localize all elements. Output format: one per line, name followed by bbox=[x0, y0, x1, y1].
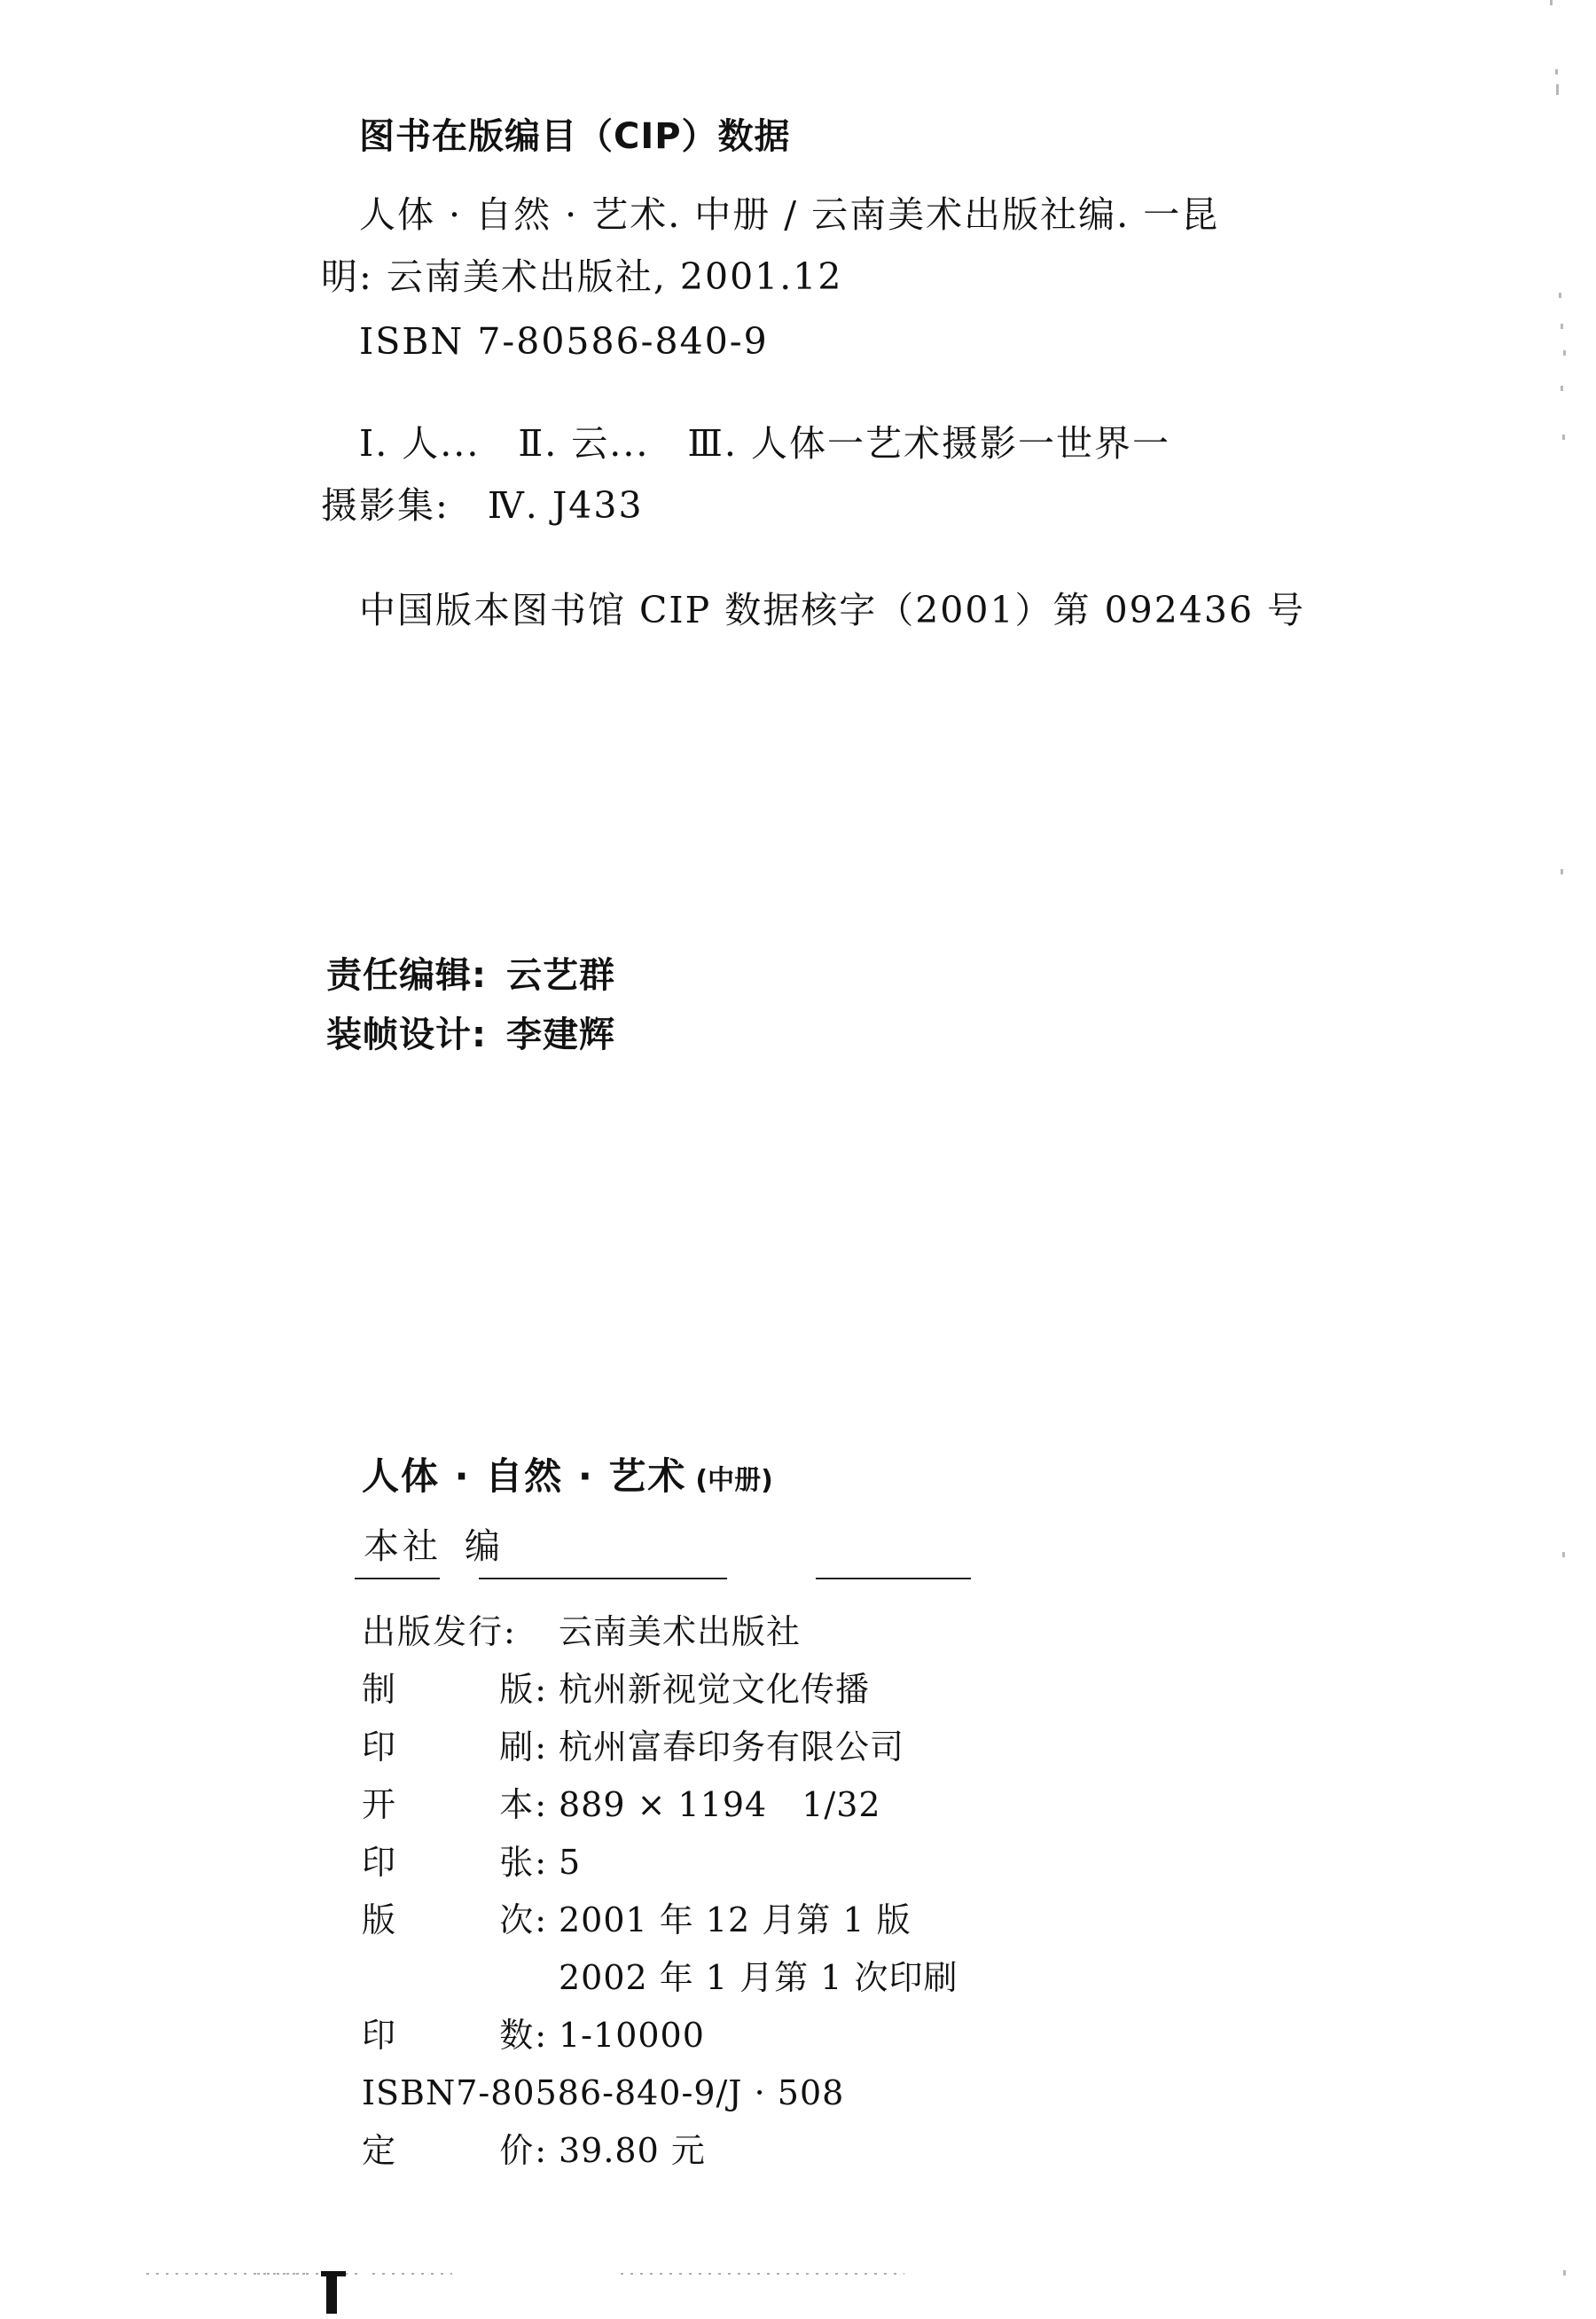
colophon-row-isbn: ISBN7-80586-840-9/J · 508 bbox=[362, 2064, 958, 2122]
colophon-value: 39.80 元 bbox=[559, 2122, 706, 2180]
colophon-row-printer: 印刷: 杭州富春印务有限公司 bbox=[362, 1719, 958, 1776]
colophon-value: 2001 年 12 月第 1 版 bbox=[559, 1892, 911, 1949]
section-divider bbox=[355, 1578, 971, 1579]
scan-artifact-speck bbox=[1556, 84, 1559, 95]
colophon-table: 出版发行: 云南美术出版社 制版: 杭州新视觉文化传播 印刷: 杭州富春印务有限… bbox=[362, 1603, 958, 2180]
credit-label: 责任编辑: bbox=[326, 947, 487, 998]
credit-value: 李建辉 bbox=[506, 1007, 615, 1057]
cip-record-line-2: 明: 云南美术出版社, 2001.12 bbox=[321, 259, 842, 295]
colophon-value: 2002 年 1 月第 1 次印刷 bbox=[559, 1949, 958, 2007]
colophon-value: ISBN7-80586-840-9/J · 508 bbox=[362, 2064, 844, 2122]
colophon-row-edition: 版次: 2001 年 12 月第 1 版 bbox=[362, 1892, 958, 1949]
colophon-key: 印张: bbox=[362, 1834, 548, 1892]
cip-heading: 图书在版编目（CIP）数据 bbox=[359, 108, 791, 159]
colophon-key: 版次: bbox=[362, 1892, 548, 1949]
editor-suffix: 编 bbox=[465, 1526, 504, 1567]
editor-prefix: 本社 bbox=[364, 1526, 442, 1567]
colophon-value: 1-10000 bbox=[559, 2007, 705, 2064]
colophon-row-plate: 制版: 杭州新视觉文化传播 bbox=[362, 1661, 958, 1719]
scan-artifact-speck bbox=[1562, 435, 1565, 440]
cip-isbn-line: ISBN 7-80586-840-9 bbox=[359, 324, 769, 360]
credit-value: 云艺群 bbox=[506, 947, 615, 998]
credit-label: 装帧设计: bbox=[326, 1007, 487, 1057]
cip-subject-line-1: Ⅰ. 人... Ⅱ. 云... Ⅲ. 人体一艺术摄影一世界一 bbox=[359, 426, 1170, 462]
scan-artifact-speck bbox=[1555, 69, 1558, 74]
colophon-key: 印数: bbox=[362, 2007, 548, 2064]
book-title: 人体 · 自然 · 艺术(中册) bbox=[362, 1447, 773, 1500]
colophon-key: 开本: bbox=[362, 1776, 548, 1834]
scan-artifact-speck bbox=[1561, 386, 1563, 391]
scan-artifact-speck bbox=[1550, 0, 1553, 5]
colophon-value: 889 × 1194 1/32 bbox=[559, 1776, 881, 1834]
scan-artifact-dots bbox=[621, 2273, 904, 2275]
scan-artifact-speck bbox=[1562, 1552, 1565, 1557]
scan-artifact-dots bbox=[257, 2273, 364, 2275]
scan-artifact-speck bbox=[1563, 350, 1566, 356]
colophon-value: 5 bbox=[559, 1834, 581, 1892]
cip-record-line-1: 人体 · 自然 · 艺术. 中册 / 云南美术出版社编. 一昆 bbox=[359, 197, 1219, 233]
book-volume: (中册) bbox=[695, 1465, 772, 1496]
scan-artifact-speck bbox=[1559, 293, 1561, 298]
colophon-value: 杭州富春印务有限公司 bbox=[559, 1719, 904, 1776]
credit-cover-design: 装帧设计:李建辉 bbox=[326, 1007, 615, 1057]
book-title-text: 人体 · 自然 · 艺术 bbox=[362, 1454, 686, 1498]
cip-subject-line-2: 摄影集: Ⅳ. J433 bbox=[321, 488, 644, 524]
colophon-row-printing: 2002 年 1 月第 1 次印刷 bbox=[362, 1949, 958, 2007]
credit-responsible-editor: 责任编辑:云艺群 bbox=[326, 947, 615, 998]
colophon-value: 云南美术出版社 bbox=[559, 1603, 801, 1661]
cip-approval-number: 中国版本图书馆 CIP 数据核字（2001）第 092436 号 bbox=[359, 592, 1305, 629]
scan-artifact-speck bbox=[1561, 869, 1563, 874]
colophon-row-print-run: 印数: 1-10000 bbox=[362, 2007, 958, 2064]
colophon-key: 定价: bbox=[362, 2122, 548, 2180]
colophon-key: 印刷: bbox=[362, 1719, 548, 1776]
scan-artifact-speck bbox=[1563, 2270, 1566, 2276]
colophon-row-price: 定价: 39.80 元 bbox=[362, 2122, 958, 2180]
scan-artifact-stem bbox=[326, 2273, 337, 2314]
scan-artifact-speck bbox=[1561, 324, 1563, 329]
book-editor-line: 本社编 bbox=[364, 1518, 504, 1569]
colophon-value: 杭州新视觉文化传播 bbox=[559, 1661, 870, 1719]
colophon-key: 出版发行: bbox=[362, 1603, 548, 1661]
colophon-row-format: 开本: 889 × 1194 1/32 bbox=[362, 1776, 958, 1834]
colophon-key: 制版: bbox=[362, 1661, 548, 1719]
colophon-row-sheets: 印张: 5 bbox=[362, 1834, 958, 1892]
colophon-row-publisher: 出版发行: 云南美术出版社 bbox=[362, 1603, 958, 1661]
scan-artifact-dots bbox=[372, 2273, 452, 2275]
